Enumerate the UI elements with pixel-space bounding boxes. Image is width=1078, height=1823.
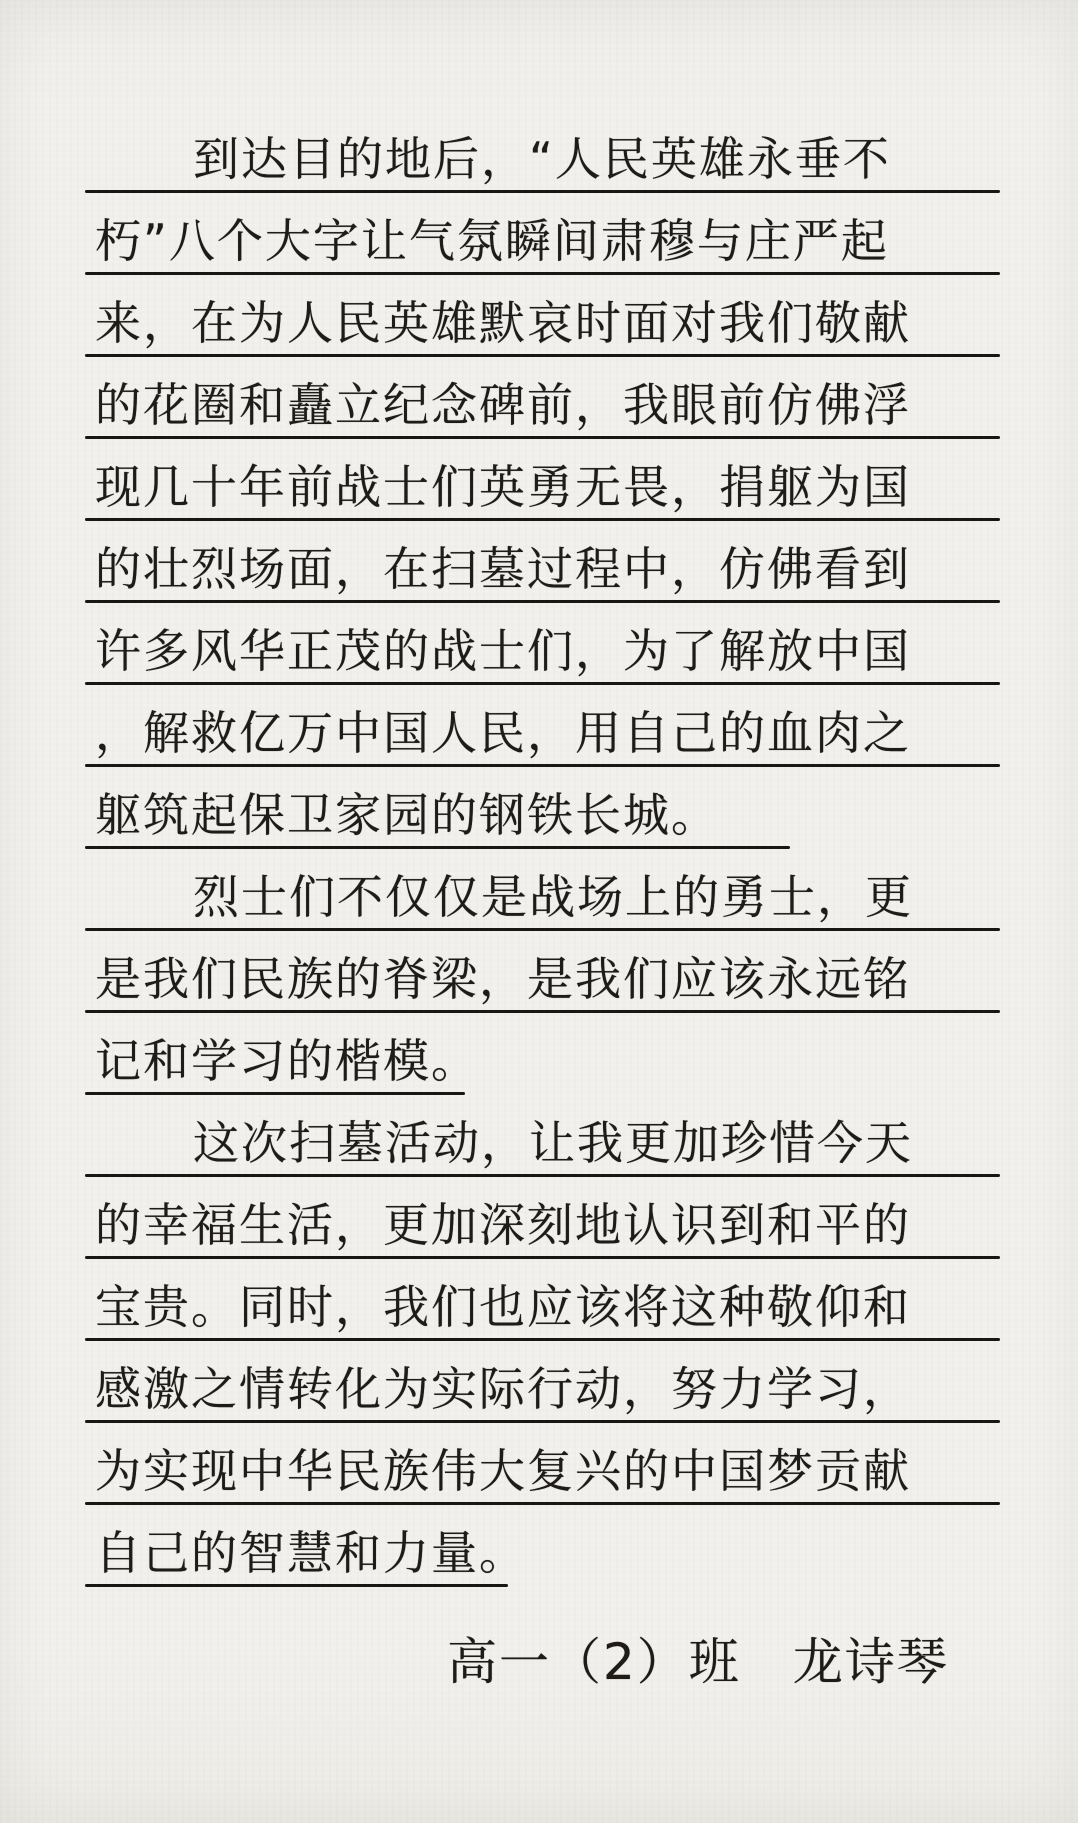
line-text: 自己的智慧和力量。	[85, 1530, 527, 1587]
signature: 高一（2）班 龙诗琴	[447, 1632, 949, 1692]
text-line: 躯筑起保卫家园的钢铁长城。	[85, 767, 1000, 849]
text-line: 这次扫墓活动，让我更加珍惜今天	[85, 1095, 1000, 1177]
text-line: 来，在为人民英雄默哀时面对我们敬献	[85, 275, 1000, 357]
line-text: 的花圈和矗立纪念碑前，我眼前仿佛浮	[85, 382, 911, 439]
line-text: ，解救亿万中国人民，用自己的血肉之	[85, 710, 911, 767]
text-line: 记和学习的楷模。	[85, 1013, 1000, 1095]
essay-body: 到达目的地后，“人民英雄永垂不 朽”八个大字让气氛瞬间肃穆与庄严起 来，在为人民…	[85, 111, 1000, 1587]
text-line: 的壮烈场面，在扫墓过程中，仿佛看到	[85, 521, 1000, 603]
text-line: 自己的智慧和力量。	[85, 1505, 1000, 1587]
text-line: 是我们民族的脊梁，是我们应该永远铭	[85, 931, 1000, 1013]
line-text: 许多风华正茂的战士们，为了解放中国	[85, 628, 911, 685]
signature-text: 高一（2）班 龙诗琴	[447, 1633, 949, 1691]
line-text: 来，在为人民英雄默哀时面对我们敬献	[85, 300, 911, 357]
text-line: 许多风华正茂的战士们，为了解放中国	[85, 603, 1000, 685]
line-text: 是我们民族的脊梁，是我们应该永远铭	[85, 956, 911, 1013]
line-text: 烈士们不仅仅是战场上的勇士，更	[183, 874, 913, 931]
line-text: 的幸福生活，更加深刻地认识到和平的	[85, 1202, 911, 1259]
line-text: 为实现中华民族伟大复兴的中国梦贡献	[85, 1448, 911, 1505]
text-line: 现几十年前战士们英勇无畏，捐躯为国	[85, 439, 1000, 521]
line-text: 宝贵。同时，我们也应该将这种敬仰和	[85, 1284, 911, 1341]
line-text: 现几十年前战士们英勇无畏，捐躯为国	[85, 464, 911, 521]
text-line: 为实现中华民族伟大复兴的中国梦贡献	[85, 1423, 1000, 1505]
text-line: 的幸福生活，更加深刻地认识到和平的	[85, 1177, 1000, 1259]
paper-background: 到达目的地后，“人民英雄永垂不 朽”八个大字让气氛瞬间肃穆与庄严起 来，在为人民…	[0, 0, 1078, 1823]
line-text: 到达目的地后，“人民英雄永垂不	[183, 136, 891, 193]
line-text: 的壮烈场面，在扫墓过程中，仿佛看到	[85, 546, 911, 603]
line-text: 这次扫墓活动，让我更加珍惜今天	[183, 1120, 913, 1177]
text-line: 到达目的地后，“人民英雄永垂不	[85, 111, 1000, 193]
line-text: 感激之情转化为实际行动，努力学习，	[85, 1366, 911, 1423]
text-line: 宝贵。同时，我们也应该将这种敬仰和	[85, 1259, 1000, 1341]
text-line: 朽”八个大字让气氛瞬间肃穆与庄严起	[85, 193, 1000, 275]
text-line: 的花圈和矗立纪念碑前，我眼前仿佛浮	[85, 357, 1000, 439]
line-text: 朽”八个大字让气氛瞬间肃穆与庄严起	[85, 218, 889, 275]
text-line: ，解救亿万中国人民，用自己的血肉之	[85, 685, 1000, 767]
text-line: 烈士们不仅仅是战场上的勇士，更	[85, 849, 1000, 931]
text-line: 感激之情转化为实际行动，努力学习，	[85, 1341, 1000, 1423]
line-text: 躯筑起保卫家园的钢铁长城。	[85, 792, 719, 849]
line-text: 记和学习的楷模。	[85, 1038, 479, 1095]
